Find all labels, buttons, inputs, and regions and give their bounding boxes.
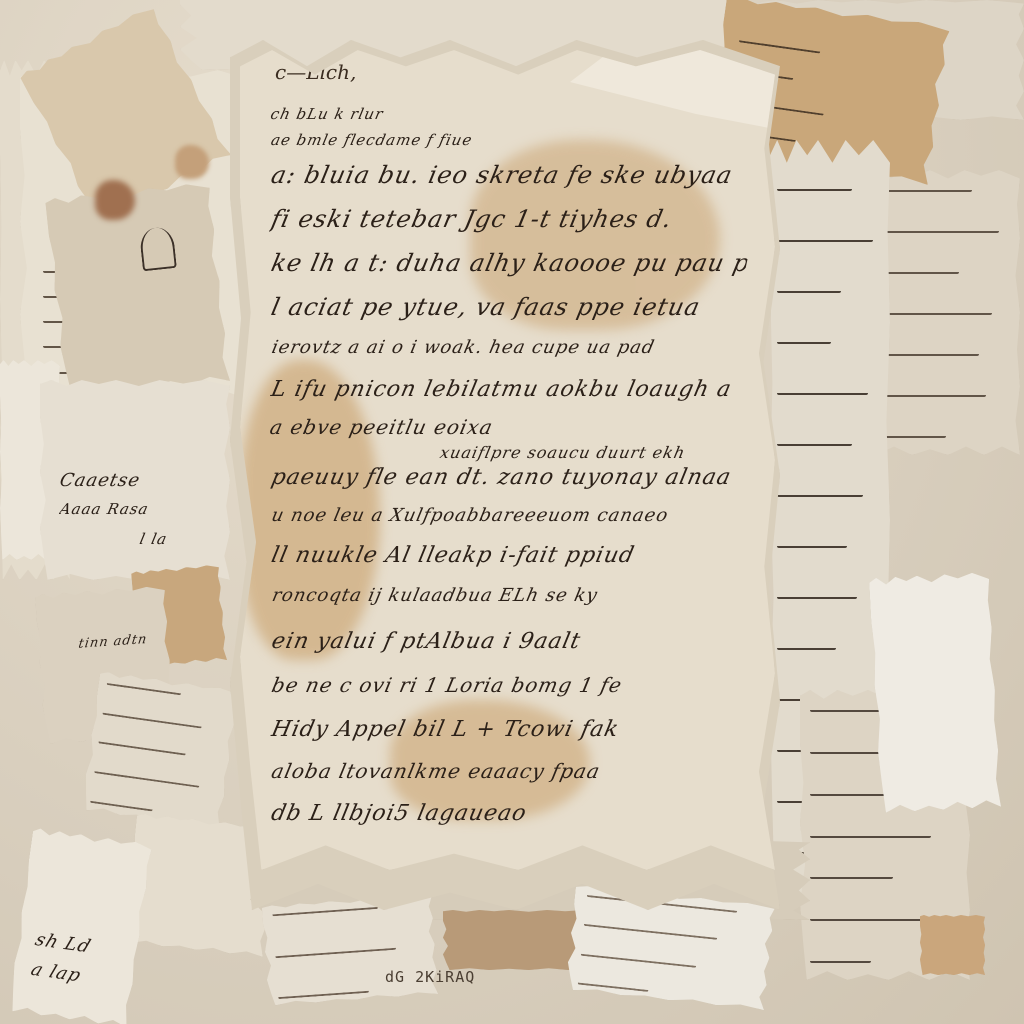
bottom-label: dG 2KiRAQ [385,968,475,986]
letter-line: ll nuukle Al lleakp i-fait ppiud [266,543,750,585]
sketch-drawing-icon [139,226,177,271]
letter-line: ke lh a t: duha alhy kaoooe pu pau pa [265,249,749,293]
letter-line: Hidy Appel bil L + Tcowi fak [266,717,750,759]
left-middle-fragment: Caaetse Aaaa Rasa l la [40,380,230,580]
letter-line: fi eski tetebar Jgc 1-t tiyhes d. [265,205,749,249]
letter-line: l aciat pe ytue, va faas ppe ietua [265,293,749,337]
right-wide-fragment [870,170,1020,455]
letter-line: u noe leu a Xulfpoabbareeeuom canaeo [266,505,749,543]
letter-line: ae bmle flecdame f fiue [267,131,748,161]
paper-collage-scene: voeeeaeoe Caaetse Aaaa Rasa l la tinn ad… [0,0,1024,1024]
bottom-left-line-1: sh Ld [32,929,94,957]
letter-line: paeuuy fle ean dt. zano tuyonay alnaa [266,465,750,505]
right-wide-ink [879,187,1013,438]
left-middle-line-1: Caaetse [58,470,142,491]
left-middle-line-3: l la [138,530,169,548]
letter-line: aloba ltovanlkme eaaacy fpaa [266,759,750,801]
letter-line: be ne c ovi ri 1 Loria bomg 1 fe [265,673,749,717]
left-lower-ink [90,680,231,819]
letter-line: ch bLu k rlur [267,105,748,131]
left-torn-curl [175,145,209,179]
left-lower-line-1: tinn adtn [77,632,148,652]
bottom-left-lined-fragment [262,894,439,1006]
bottom-left-line-2: a lap [28,959,84,986]
bottom-white-lined-fragment [565,885,775,1010]
left-lower-lined-fragment [81,671,239,829]
main-letter: c—Lich, ch bLu k rlur ae bmle flecdame f… [240,50,775,870]
letter-line: xuaiflpre soaucu duurt ekh [268,443,748,465]
right-white-fragment [869,572,1001,813]
main-letter-body: ch bLu k rlur ae bmle flecdame f fiue a:… [270,105,745,841]
letter-line: a ebve peeitlu eoixa [267,415,748,443]
left-sketch-fragment [45,182,230,398]
letter-line: ierovtz a ai o i woak. hea cupe ua pad [266,337,750,377]
bottom-left-fragment: sh Ld a lap [8,828,153,1024]
letter-line: db L llbjoi5 lagaueao [266,801,750,841]
letter-line: a: bluia bu. ieo skreta fe ske ubyaa [265,161,749,205]
left-torn-hole-stain [95,180,135,220]
right-tan-square [920,915,985,975]
letter-line: L ifu pnicon lebilatmu aokbu loaugh a [266,377,749,415]
letter-line: ein yalui f ptAlbua i 9aalt [265,629,749,673]
left-middle-line-2: Aaaa Rasa [58,500,150,518]
letter-line: roncoqta ij kulaadbua ELh se ky [265,585,749,629]
bottom-white-ink [578,892,765,1003]
